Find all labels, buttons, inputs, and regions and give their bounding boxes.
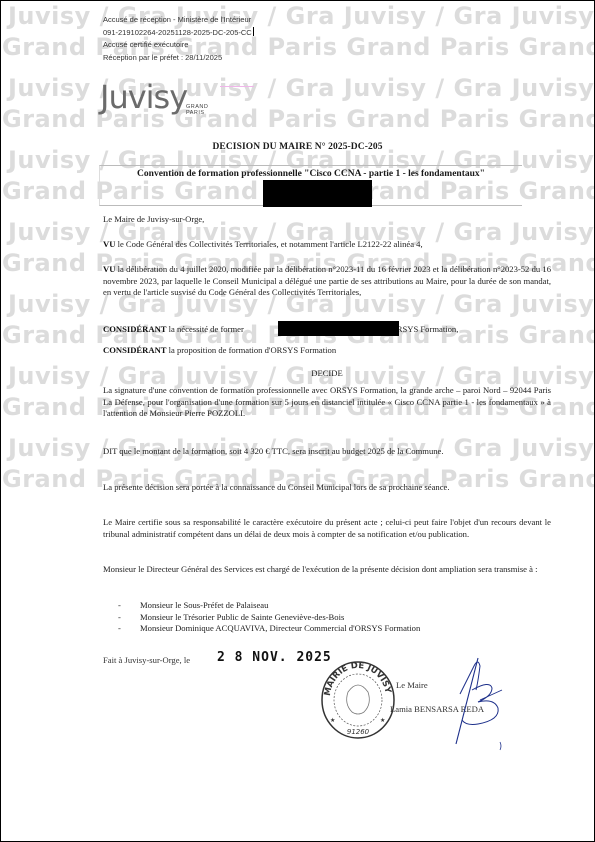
considerant-proposition: CONSIDÉRANT la proposition de formation … <box>103 345 551 357</box>
handwritten-signature-icon <box>420 652 540 752</box>
receipt-line: Accusé de réception - Ministère de l'Int… <box>103 14 254 27</box>
article-execution: Monsieur le Directeur Général des Servic… <box>103 564 551 576</box>
decide-heading: DECIDE <box>103 368 551 380</box>
decision-title: DECISION DU MAIRE N° 2025-DC-205 <box>0 142 595 152</box>
article-signature: La signature d'une convention de formati… <box>103 385 551 420</box>
logo-subtitle: GRANDPARIS <box>186 104 208 116</box>
mairie-seal-icon: MAIRIE DE JUVISY SUR ORGE 91260 ★ ★ <box>318 652 398 742</box>
logo-wordmark: Juvisy <box>100 78 187 116</box>
redaction-block <box>278 321 399 336</box>
recipients-list: Monsieur le Sous-Préfet de Palaiseau Mon… <box>118 600 420 635</box>
receipt-line: Accusé certifié exécutoire <box>103 39 254 52</box>
recipient-item: Monsieur le Sous-Préfet de Palaiseau <box>118 600 420 612</box>
recipient-item: Monsieur Dominique ACQUAVIVA, Directeur … <box>118 623 420 635</box>
article-montant: DIT que le montant de la formation, soit… <box>103 446 551 458</box>
redaction-block <box>263 180 372 207</box>
article-executoire: Le Maire certifie sous sa responsabilité… <box>103 517 551 540</box>
vu-code-general: VU le Code Général des Collectivités Ter… <box>103 239 551 251</box>
article-information: La présente décision sera portée à la co… <box>103 482 551 494</box>
recipient-item: Monsieur le Trésorier Public de Sainte G… <box>118 612 420 624</box>
vu-deliberation: VU la délibération du 4 juillet 2020, mo… <box>103 264 551 299</box>
date-stamp: 2 8 NOV. 2025 <box>217 650 332 665</box>
done-at-text: Fait à Juvisy-sur-Orge, le <box>103 655 190 665</box>
decorative-line <box>220 86 254 87</box>
intro-line: Le Maire de Juvisy-sur-Orge, <box>103 214 551 226</box>
svg-text:★: ★ <box>380 717 385 724</box>
juvisy-logo: Juvisy GRANDPARIS <box>100 84 220 124</box>
svg-text:91260: 91260 <box>347 728 370 736</box>
convention-title: Convention de formation professionnelle … <box>100 169 522 179</box>
receipt-line: Réception par le préfet : 28/11/2025 <box>103 52 254 65</box>
svg-text:MAIRIE DE JUVISY SUR ORGE: MAIRIE DE JUVISY SUR ORGE <box>318 652 393 697</box>
receipt-stamp: Accusé de réception - Ministère de l'Int… <box>103 14 254 64</box>
receipt-id: 091-219102264-20251128-2025-DC-205-CC <box>103 27 254 40</box>
svg-text:★: ★ <box>330 717 335 724</box>
